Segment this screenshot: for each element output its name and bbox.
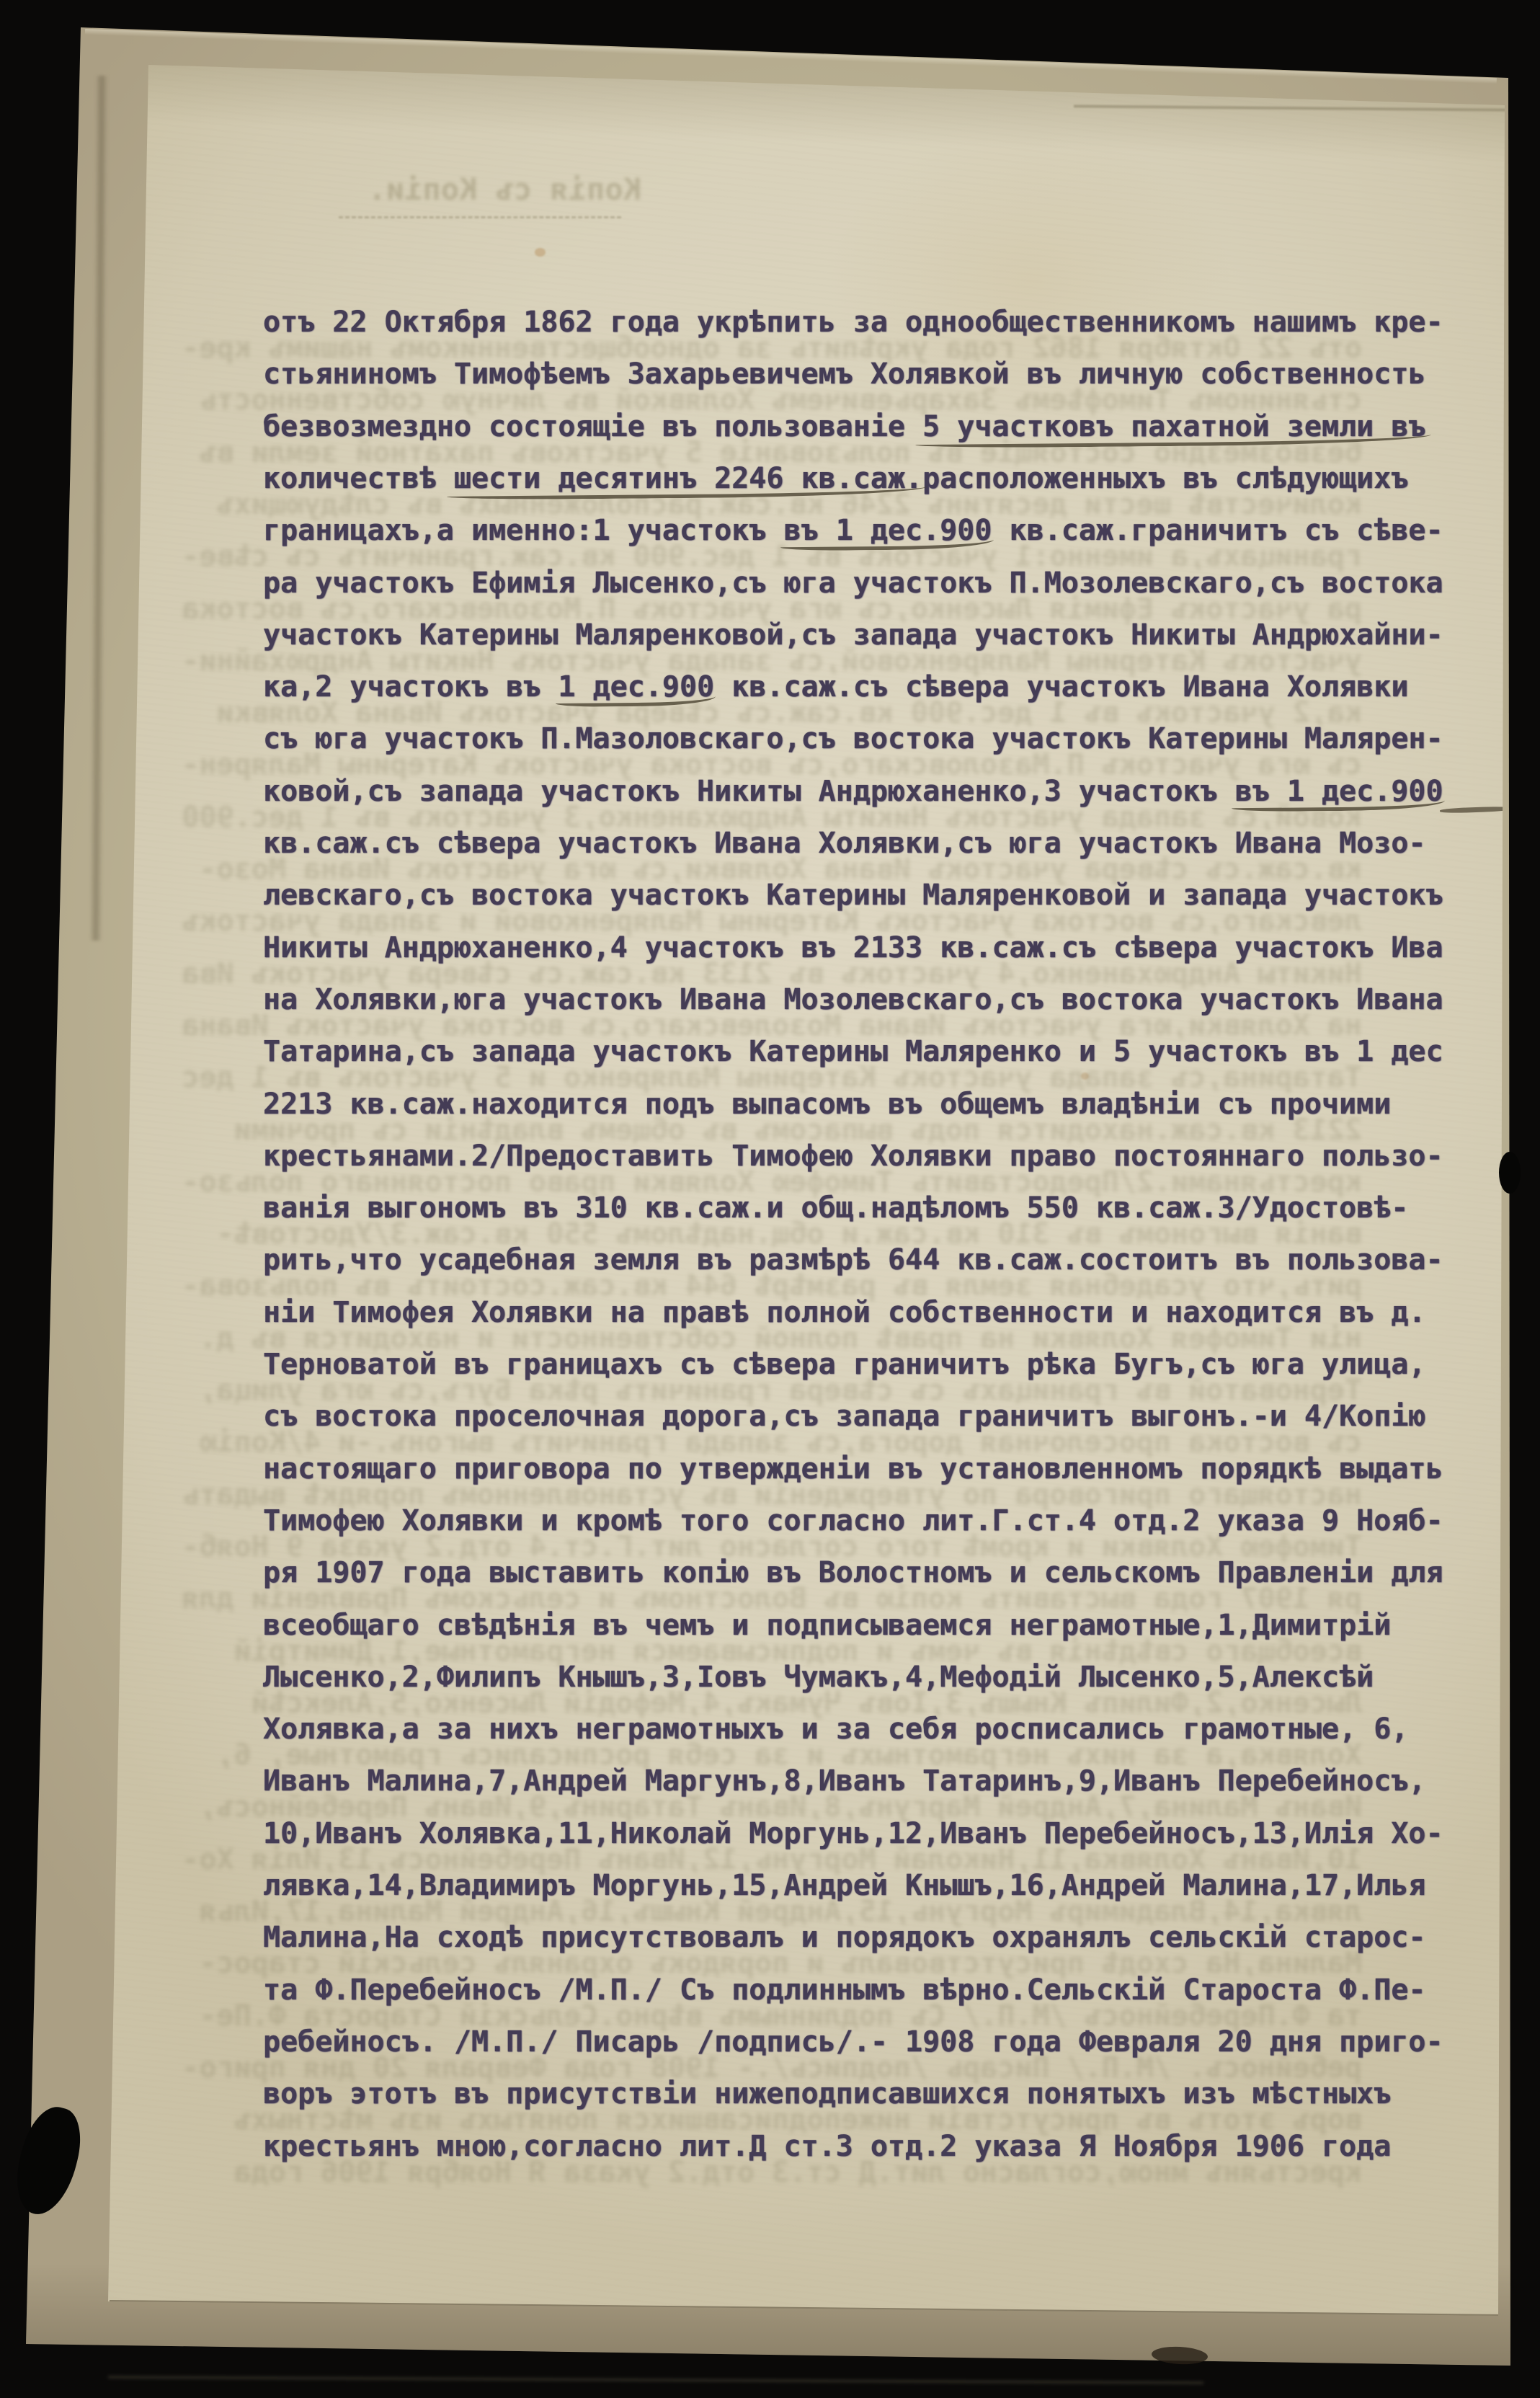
- typed-line: 10,Иванъ Холявка,11,Николай Моргунь,12,И…: [263, 1816, 1443, 1851]
- typed-line: лявка,14,Владимиръ Моргунь,15,Андрей Кны…: [263, 1868, 1426, 1903]
- typed-text: кв.саж.съ сѣвера участокъ Ивана Холявки: [714, 670, 1408, 703]
- typed-text: безвозмездно состоящіе въ пользованіе: [263, 410, 922, 443]
- typed-text: стьяниномъ Тимофѣемъ Захарьевичемъ Холяв…: [263, 358, 1426, 391]
- typed-text: расположенныхъ въ слѣдующихъ: [922, 462, 1408, 495]
- typed-text: отъ 22 Октября 1862 года укрѣпить за одн…: [263, 306, 1443, 339]
- typed-line: Малина,На сходѣ присутствовалъ и порядок…: [263, 1920, 1426, 1955]
- typed-line: Холявка,а за нихъ неграмотныхъ и за себя…: [263, 1712, 1408, 1746]
- typed-text: лявка,14,Владимиръ Моргунь,15,Андрей Кны…: [263, 1869, 1426, 1902]
- typed-line: участокъ Катерины Маляренковой,съ запада…: [263, 618, 1443, 652]
- typed-text: кв.саж.граничитъ съ сѣве-: [992, 514, 1443, 547]
- typed-text: съ востока проселочная дорога,съ запада …: [263, 1400, 1426, 1433]
- typed-line: ковой,съ запада участокъ Никиты Андрюхан…: [263, 774, 1443, 809]
- typed-text: ванія выгономъ въ 310 кв.саж.и общ.надѣл…: [263, 1191, 1408, 1225]
- pen-underlined-phrase: 5 участковъ пахатной земли въ: [922, 410, 1425, 443]
- typed-line: левскаго,съ востока участокъ Катерины Ма…: [263, 878, 1443, 912]
- torn-notch-right: [1499, 1152, 1521, 1194]
- typed-line: настоящаго приговора по утвержденіи въ у…: [263, 1452, 1443, 1486]
- typed-text: Никиты Андрюханенко,4 участокъ въ 2133 к…: [263, 931, 1443, 964]
- typed-line: крестьянъ мною,согласно лит.Д ст.3 отд.2…: [263, 2129, 1391, 2164]
- typed-line: ка,2 участокъ въ 1 дес.900 кв.саж.съ сѣв…: [263, 670, 1408, 704]
- typed-line: всеобщаго свѣдѣнія въ чемъ и подписываем…: [263, 1608, 1391, 1643]
- typed-text: Терноватой въ границахъ съ сѣвера гранич…: [263, 1348, 1426, 1381]
- typed-line: количествѣ шести десятинъ 2246 кв.саж.ра…: [263, 461, 1408, 496]
- torn-edge-highlight: [108, 2376, 1203, 2384]
- typed-line: стьяниномъ Тимофѣемъ Захарьевичемъ Холяв…: [263, 357, 1426, 391]
- typed-line: ребейносъ. /М.П./ Писарь /подпись/.- 190…: [263, 2025, 1443, 2059]
- typed-text: крестьянами.2/Предоставить Тимофею Холяв…: [263, 1140, 1443, 1173]
- document-page: Копія съ Копіи. отъ 22 Октября 1862 года…: [0, 0, 1540, 2398]
- pen-underlined-phrase: 1 дес.900: [558, 670, 714, 703]
- typed-line: съ востока проселочная дорога,съ запада …: [263, 1399, 1426, 1434]
- typed-text: та Ф.Перебейносъ /М.П./ Съ подлиннымъ вѣ…: [263, 1973, 1426, 2007]
- typed-line: крестьянами.2/Предоставить Тимофею Холяв…: [263, 1139, 1443, 1173]
- typed-line: кв.саж.съ сѣвера участокъ Ивана Холявки,…: [263, 826, 1426, 861]
- typed-text: 10,Иванъ Холявка,11,Николай Моргунь,12,И…: [263, 1817, 1443, 1850]
- typed-text: ніи Тимофея Холявки на правѣ полной собс…: [263, 1296, 1426, 1329]
- typed-line: Иванъ Малина,7,Андрей Маргунъ,8,Иванъ Та…: [263, 1764, 1426, 1798]
- foxing-spot: [459, 2146, 468, 2154]
- backing-sheet-crease: [89, 76, 108, 941]
- typed-text: Холявка,а за нихъ неграмотныхъ и за себя…: [263, 1713, 1408, 1746]
- typed-text: всеобщаго свѣдѣнія въ чемъ и подписываем…: [263, 1609, 1391, 1642]
- typed-text: на Холявки,юга участокъ Ивана Мозолевска…: [263, 983, 1443, 1016]
- photograph-background: Копія съ Копіи. отъ 22 Октября 1862 года…: [0, 0, 1540, 2398]
- typed-text: съ юга участокъ П.Мазоловскаго,съ восток…: [263, 722, 1443, 755]
- typed-text: границахъ,а именно:1 участокъ: [263, 514, 783, 547]
- typed-line: Никиты Андрюханенко,4 участокъ въ 2133 к…: [263, 931, 1443, 965]
- typed-line: съ юга участокъ П.Мазоловскаго,съ восток…: [263, 721, 1443, 756]
- typed-text: настоящаго приговора по утвержденіи въ у…: [263, 1452, 1443, 1486]
- typed-line: та Ф.Перебейносъ /М.П./ Съ подлиннымъ вѣ…: [263, 1973, 1426, 2007]
- typed-line: отъ 22 Октября 1862 года укрѣпить за одн…: [263, 305, 1443, 339]
- typed-line: ванія выгономъ въ 310 кв.саж.и общ.надѣл…: [263, 1191, 1408, 1225]
- typed-text: кв.саж.съ сѣвера участокъ Ивана Холявки,…: [263, 827, 1426, 860]
- typed-text: 2213 кв.саж.находится подъ выпасомъ въ о…: [263, 1088, 1391, 1121]
- typed-text: Иванъ Малина,7,Андрей Маргунъ,8,Иванъ Та…: [263, 1764, 1426, 1798]
- typed-text: ребейносъ. /М.П./ Писарь /подпись/.- 190…: [263, 2025, 1443, 2059]
- typed-line: границахъ,а именно:1 участокъ въ 1 дес.9…: [263, 513, 1443, 548]
- typed-line: Татарина,съ запада участокъ Катерины Мал…: [263, 1034, 1443, 1069]
- typed-line: Лысенко,2,Филипъ Кнышъ,3,Іовъ Чумакъ,4,М…: [263, 1660, 1374, 1695]
- typed-text: ка,2 участокъ въ: [263, 670, 558, 703]
- typed-line: воръ этотъ въ присутствіи нижеподписавши…: [263, 2077, 1391, 2111]
- typed-text: воръ этотъ въ присутствіи нижеподписавши…: [263, 2077, 1391, 2110]
- typed-line: 2213 кв.саж.находится подъ выпасомъ въ о…: [263, 1087, 1391, 1122]
- typed-line: на Холявки,юга участокъ Ивана Мозолевска…: [263, 982, 1443, 1017]
- typed-text: ковой,съ запада участокъ Никиты Андрюхан…: [263, 775, 1235, 808]
- typed-line: ря 1907 года выставить копію въ Волостно…: [263, 1555, 1443, 1590]
- typed-text: количествѣ: [263, 462, 454, 495]
- typed-line: безвозмездно состоящіе въ пользованіе 5 …: [263, 409, 1426, 444]
- foxing-spot: [535, 248, 546, 257]
- typed-text: крестьянъ мною,согласно лит.Д ст.3 отд.2…: [263, 2130, 1391, 2163]
- typed-text: Татарина,съ запада участокъ Катерины Мал…: [263, 1035, 1443, 1068]
- pen-underlined-phrase: въ 1 дес.900: [783, 514, 992, 547]
- typed-text: Тимофею Холявки и кромѣ того согласно ли…: [263, 1504, 1443, 1537]
- typed-text-block: отъ 22 Октября 1862 года укрѣпить за одн…: [0, 0, 1540, 2398]
- typed-text: ра участокъ Ефимія Лысенко,съ юга участо…: [263, 567, 1443, 600]
- typed-text: участокъ Катерины Маляренковой,съ запада…: [263, 618, 1443, 652]
- pen-underlined-phrase: шести десятинъ 2246 кв.саж.: [454, 462, 922, 495]
- typed-line: Терноватой въ границахъ съ сѣвера гранич…: [263, 1347, 1426, 1382]
- typed-text: Лысенко,2,Филипъ Кнышъ,3,Іовъ Чумакъ,4,М…: [263, 1661, 1374, 1694]
- typed-text: Малина,На сходѣ присутствовалъ и порядок…: [263, 1921, 1426, 1954]
- foxing-spot: [1081, 1073, 1089, 1080]
- pen-underlined-phrase: въ 1 дес.900: [1235, 775, 1443, 808]
- typed-text: ря 1907 года выставить копію въ Волостно…: [263, 1556, 1443, 1589]
- typed-line: ніи Тимофея Холявки на правѣ полной собс…: [263, 1295, 1426, 1330]
- typed-line: ра участокъ Ефимія Лысенко,съ юга участо…: [263, 566, 1443, 600]
- typed-text: рить,что усадебная земля въ размѣрѣ 644 …: [263, 1243, 1443, 1276]
- typed-line: Тимофею Холявки и кромѣ того согласно ли…: [263, 1504, 1443, 1538]
- typed-line: рить,что усадебная земля въ размѣрѣ 644 …: [263, 1243, 1443, 1277]
- typed-text: левскаго,съ востока участокъ Катерины Ма…: [263, 879, 1443, 912]
